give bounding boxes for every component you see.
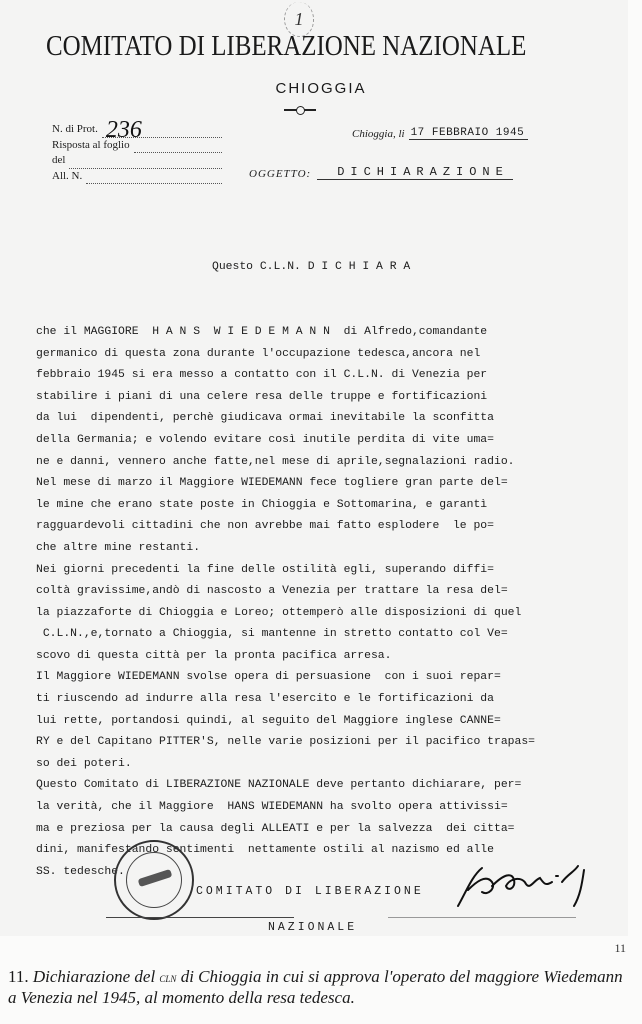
committee-stamp-icon bbox=[114, 840, 194, 920]
date-label: Chioggia, li bbox=[352, 128, 405, 140]
declaration-line: germanico di questa zona durante l'occup… bbox=[36, 344, 596, 366]
declaration-line: coltà gravissime,andò di nascosto a Vene… bbox=[36, 581, 596, 603]
attachments-line bbox=[86, 172, 222, 184]
protocol-number-label: N. di Prot. bbox=[52, 122, 98, 138]
declaration-line: la verità, che il Maggiore HANS WIEDEMAN… bbox=[36, 797, 596, 819]
document-sheet: 1 COMITATO DI LIBERAZIONE NAZIONALE CHIO… bbox=[0, 0, 628, 936]
declaration-line: che il MAGGIORE H A N S W I E D E M A N … bbox=[36, 322, 596, 344]
attachments-label: All. N. bbox=[52, 169, 82, 185]
declaration-line: febbraio 1945 si era messo a contatto co… bbox=[36, 365, 596, 387]
protocol-fields: N. di Prot. 236 Risposta al foglio del A… bbox=[52, 122, 222, 184]
signature-line-2: NAZIONALE bbox=[196, 922, 424, 934]
declaration-lines: che il MAGGIORE H A N S W I E D E M A N … bbox=[36, 322, 596, 883]
declaration-line: so dei poteri. bbox=[36, 754, 596, 776]
date-of-label: del bbox=[52, 153, 65, 169]
signature-block: COMITATO DI LIBERAZIONE NAZIONALE bbox=[196, 862, 424, 958]
subject-label: OGGETTO: bbox=[249, 168, 311, 180]
declaration-line: Questo Comitato di LIBERAZIONE NAZIONALE… bbox=[36, 775, 596, 797]
bottom-rule bbox=[106, 917, 576, 918]
subject-value: DICHIARAZIONE bbox=[317, 165, 513, 180]
attachments-row: All. N. bbox=[52, 169, 222, 185]
declaration-line: ragguardevoli cittadini che non avrebbe … bbox=[36, 516, 596, 538]
handwritten-signature-icon bbox=[452, 862, 602, 910]
archive-mark-glyph: 1 bbox=[295, 9, 304, 30]
ornament-divider bbox=[284, 109, 316, 111]
declaration-line: lui rette, portandosi quindi, al seguito… bbox=[36, 711, 596, 733]
signature-line-1: COMITATO DI LIBERAZIONE bbox=[196, 886, 424, 898]
declaration-line: da lui dipendenti, perchè giudicava orma… bbox=[36, 408, 596, 430]
declaration-line: scovo di questa città per la pronta paci… bbox=[36, 646, 596, 668]
declaration-line: della Germania; e volendo evitare così i… bbox=[36, 430, 596, 452]
date-of-line bbox=[69, 157, 222, 169]
figure-caption: 11. Dichiarazione del cln di Chioggia in… bbox=[8, 967, 634, 1008]
protocol-number-value: 236 bbox=[106, 123, 142, 139]
protocol-number-line: 236 bbox=[102, 126, 222, 138]
declaration-line: ti riuscendo ad indurre alla resa l'eser… bbox=[36, 689, 596, 711]
declaration-line: C.L.N.,e,tornato a Chioggia, si mantenne… bbox=[36, 624, 596, 646]
caption-text-before: Dichiarazione del bbox=[33, 967, 155, 986]
protocol-number-row: N. di Prot. 236 bbox=[52, 122, 222, 138]
date-of-row: del bbox=[52, 153, 222, 169]
reply-sheet-line bbox=[134, 141, 222, 153]
letterhead-city: CHIOGGIA bbox=[0, 80, 642, 97]
declaration-line: Il Maggiore WIEDEMANN svolse opera di pe… bbox=[36, 667, 596, 689]
declaration-line: che altre mine restanti. bbox=[36, 538, 596, 560]
stamp-emblem bbox=[138, 869, 173, 887]
caption-number: 11. bbox=[8, 967, 29, 986]
declaration-line: stabilire i piani di una celere resa del… bbox=[36, 387, 596, 409]
caption-abbreviation: cln bbox=[159, 970, 176, 985]
declaration-line: le mine che erano state poste in Chioggi… bbox=[36, 495, 596, 517]
declaration-line: ne e danni, vennero anche fatte,nel mese… bbox=[36, 452, 596, 474]
declaration-line: la piazzaforte di Chioggia e Loreo; otte… bbox=[36, 603, 596, 625]
declaration-line: Nel mese di marzo il Maggiore WIEDEMANN … bbox=[36, 473, 596, 495]
date-value: 17 FEBBRAIO 1945 bbox=[409, 127, 529, 140]
document-date: Chioggia, li 17 FEBBRAIO 1945 bbox=[352, 127, 572, 140]
declaration-body: Questo C.L.N. D I C H I A R A che il MAG… bbox=[36, 214, 596, 927]
declaration-heading: Questo C.L.N. D I C H I A R A bbox=[36, 257, 596, 279]
document-subject: OGGETTO: DICHIARAZIONE bbox=[249, 165, 569, 180]
declaration-line: Nei giorni precedenti la fine delle osti… bbox=[36, 560, 596, 582]
declaration-line: ma e preziosa per la causa degli ALLEATI… bbox=[36, 819, 596, 841]
declaration-line: RY e del Capitano PITTER'S, nelle varie … bbox=[36, 732, 596, 754]
page-number: 11 bbox=[614, 941, 626, 956]
letterhead-title: COMITATO DI LIBERAZIONE NAZIONALE bbox=[46, 30, 493, 63]
